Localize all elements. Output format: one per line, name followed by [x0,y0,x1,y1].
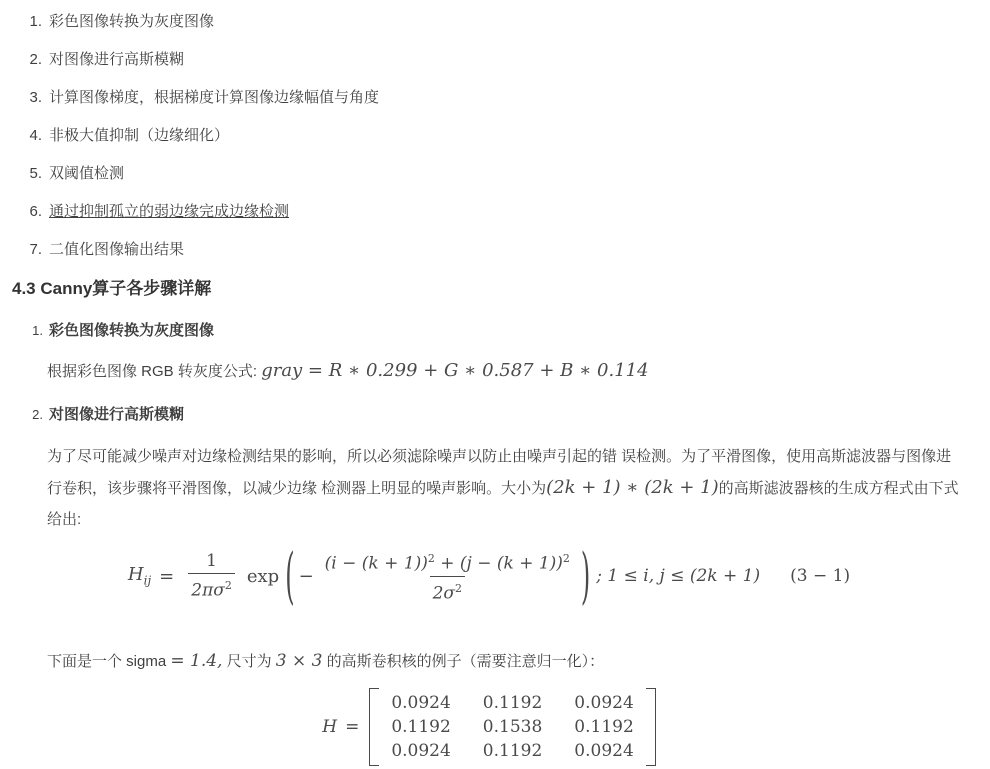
list-item-number: 4. [28,124,42,148]
matrix-cell: 0.1538 [483,715,542,739]
exponent-numerator: (i − (k + 1))2 + (j − (k + 1))2 [322,550,573,576]
detail-step-number: 2. [30,403,43,427]
gaussian-kernel-formula: Hij = 1 2πσ2 exp ( − (i − (k + 1))2 + (j… [12,541,966,611]
equation-tag: (3 − 1) [790,566,850,586]
list-item: 3.计算图像梯度，根据梯度计算图像边缘幅值与角度 [28,86,966,110]
list-item: 1.彩色图像转换为灰度图像 [28,10,966,34]
list-item-text: 彩色图像转换为灰度图像 [49,13,214,30]
section-heading: 4.3 Canny算子各步骤详解 [12,276,966,302]
matrix-cell: 0.0924 [574,739,633,763]
exp-operator: exp [247,566,279,587]
list-item-number: 2. [28,48,42,72]
sigma-text: 的高斯卷积核的例子（需要注意归一化）： [322,653,604,670]
gray-formula-prefix: 根据彩色图像 RGB 转灰度公式: [47,363,261,380]
left-bracket [369,688,379,766]
list-item-number: 1. [28,10,42,34]
formula-lhs-subscript: ij [144,574,152,588]
right-big-paren: ) [581,545,590,606]
list-item-text: 二值化图像输出结果 [49,241,184,258]
fraction-numerator: 1 [203,552,220,573]
list-item-number: 6. [28,200,42,224]
sigma-value-math: = 1.4, [170,651,222,671]
list-item-text: 双阈值检测 [49,165,124,182]
list-item: 2.对图像进行高斯模糊 [28,48,966,72]
canny-steps-list: 1.彩色图像转换为灰度图像 2.对图像进行高斯模糊 3.计算图像梯度，根据梯度计… [12,10,966,262]
minus-sign: − [299,566,314,587]
list-item-text: 计算图像梯度，根据梯度计算图像边缘幅值与角度 [49,89,379,106]
gaussian-blur-paragraph: 为了尽可能减少噪声对边缘检测结果的影响，所以必须滤除噪声以防止由噪声引起的错 误… [47,441,966,535]
matrix-cell: 0.1192 [391,715,450,739]
right-bracket [646,688,656,766]
equals-sign: = [159,566,174,587]
formula-lhs: Hij [128,564,151,588]
list-item: 5.双阈值检测 [28,162,966,186]
sigma-text: 尺寸为 [222,653,275,670]
matrix-lhs: H [322,717,337,737]
matrix-cell: 0.1192 [483,691,542,715]
fraction-denominator: 2πσ2 [188,573,235,600]
list-item: 7.二值化图像输出结果 [28,238,966,262]
inline-math-kernel-size: (2k + 1) ∗ (2k + 1) [546,477,718,498]
detail-step-2: 2.对图像进行高斯模糊 [12,403,966,427]
article-content: 1.彩色图像转换为灰度图像 2.对图像进行高斯模糊 3.计算图像梯度，根据梯度计… [0,0,990,766]
matrix-cell: 0.1192 [574,715,633,739]
list-item-number: 3. [28,86,42,110]
gray-formula-math: gray = R ∗ 0.299 + G ∗ 0.587 + B ∗ 0.114 [261,360,648,381]
formula-condition: ; 1 ≤ i, j ≤ (2k + 1) [596,566,760,586]
gray-formula-line: 根据彩色图像 RGB 转灰度公式: gray = R ∗ 0.299 + G ∗… [47,357,966,386]
left-big-paren: ( [285,545,294,606]
exponent-denominator: 2σ2 [430,576,465,603]
list-item-text: 非极大值抑制（边缘细化） [49,127,229,144]
list-item: 4.非极大值抑制（边缘细化） [28,124,966,148]
detail-step-title: 对图像进行高斯模糊 [49,406,184,423]
detail-step-1: 1.彩色图像转换为灰度图像 [12,319,966,343]
kernel-dims-math: 3 × 3 [276,651,323,671]
matrix-cell: 0.0924 [391,691,450,715]
matrix-values: 0.0924 0.1192 0.0924 0.1192 0.1538 0.119… [391,688,633,766]
matrix-cell: 0.0924 [574,691,633,715]
matrix-cell: 0.1192 [483,739,542,763]
coefficient-fraction: 1 2πσ2 [188,552,235,600]
list-item-number: 5. [28,162,42,186]
exponent-fraction: (i − (k + 1))2 + (j − (k + 1))2 2σ2 [322,550,573,602]
sigma-example-line: 下面是一个 sigma = 1.4, 尺寸为 3 × 3 的高斯卷积核的例子（需… [47,647,966,676]
detail-step-title: 彩色图像转换为灰度图像 [49,322,214,339]
detail-step-number: 1. [30,319,43,343]
list-item-link[interactable]: 通过抑制孤立的弱边缘完成边缘检测 [49,203,289,220]
matrix-cell: 0.0924 [391,739,450,763]
gaussian-kernel-matrix: H = 0.0924 0.1192 0.0924 0.1192 0.1538 0… [12,688,966,766]
list-item-text: 对图像进行高斯模糊 [49,51,184,68]
list-item: 6.通过抑制孤立的弱边缘完成边缘检测 [28,200,966,224]
sigma-text: 下面是一个 sigma [47,653,170,670]
list-item-number: 7. [28,238,42,262]
matrix-equals: = [345,717,359,737]
